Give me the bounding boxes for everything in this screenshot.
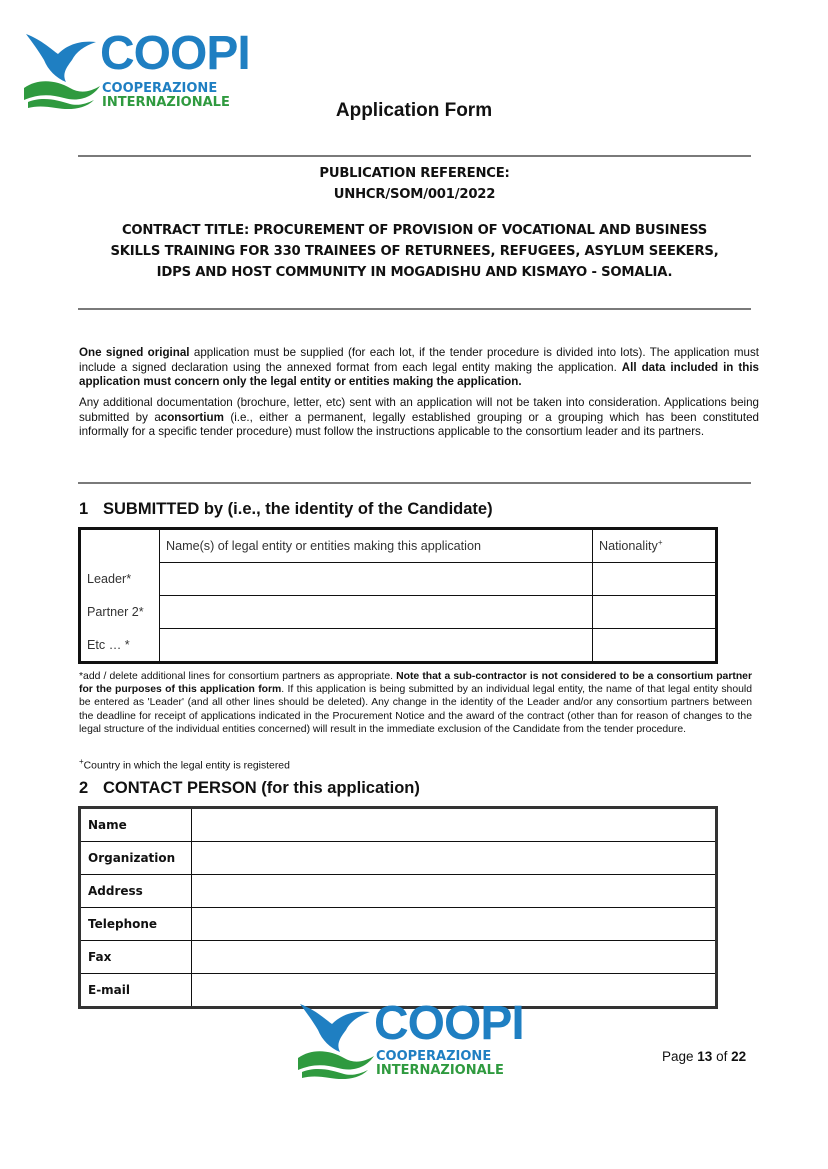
current-page: 13 xyxy=(697,1049,712,1064)
leader-name-field[interactable] xyxy=(160,563,593,596)
table-row: Name xyxy=(80,808,717,842)
total-pages: 22 xyxy=(731,1049,746,1064)
contact-fax-field[interactable] xyxy=(192,941,717,974)
logo-wordmark: COOPI xyxy=(100,26,250,81)
row-label-partner-2: Partner 2* xyxy=(80,596,160,629)
section2-number: 2 xyxy=(79,779,103,798)
contact-person-table: Name Organization Address Telephone Fax … xyxy=(78,806,718,1009)
table-header-nationality: Nationality+ xyxy=(593,529,717,563)
contact-address-field[interactable] xyxy=(192,875,717,908)
coopi-bird-wave-logo-icon xyxy=(22,30,102,110)
contact-telephone-label: Telephone xyxy=(80,908,192,941)
contact-email-label: E-mail xyxy=(80,974,192,1008)
intro-paragraph-1: One signed original application must be … xyxy=(79,346,759,390)
row-label-leader: Leader* xyxy=(80,563,160,596)
publication-reference: PUBLICATION REFERENCE: UNHCR/SOM/001/202… xyxy=(78,163,751,205)
divider-section xyxy=(78,482,751,484)
contact-name-field[interactable] xyxy=(192,808,717,842)
contact-fax-label: Fax xyxy=(80,941,192,974)
contract-title-line: IDPS AND HOST COMMUNITY IN MOGADISHU AND… xyxy=(78,262,751,283)
footnote-text-start: *add / delete additional lines for conso… xyxy=(79,671,396,682)
table-row: Organization xyxy=(80,842,717,875)
divider-mid xyxy=(78,308,751,310)
leader-nationality-field[interactable] xyxy=(593,563,717,596)
publication-reference-label: PUBLICATION REFERENCE: xyxy=(78,163,751,184)
coopi-bird-wave-logo-icon xyxy=(296,1000,376,1080)
table-header-empty xyxy=(80,529,160,563)
section2-title: CONTACT PERSON (for this application) xyxy=(103,779,420,797)
section2-heading: 2CONTACT PERSON (for this application) xyxy=(79,779,420,798)
intro-paragraph-2: Any additional documentation (brochure, … xyxy=(79,396,759,440)
table-row: Fax xyxy=(80,941,717,974)
contact-organization-label: Organization xyxy=(80,842,192,875)
page-number: Page 13 of 22 xyxy=(662,1049,746,1064)
table-header-row: Name(s) of legal entity or entities maki… xyxy=(80,529,717,563)
table-row: Address xyxy=(80,875,717,908)
logo-line1: COOPERAZIONE xyxy=(376,1050,504,1064)
table-row: Partner 2* xyxy=(80,596,717,629)
section1-footnote: *add / delete additional lines for conso… xyxy=(79,670,752,736)
coopi-logo-header: COOPI COOPERAZIONE INTERNAZIONALE xyxy=(22,30,237,110)
logo-subtitle: COOPERAZIONE INTERNAZIONALE xyxy=(376,1050,504,1077)
partner2-nationality-field[interactable] xyxy=(593,596,717,629)
contact-address-label: Address xyxy=(80,875,192,908)
coopi-logo-footer: COOPI COOPERAZIONE INTERNAZIONALE xyxy=(296,1000,511,1080)
publication-reference-value: UNHCR/SOM/001/2022 xyxy=(78,184,751,205)
page-title: Application Form xyxy=(0,100,828,122)
intro2-bold: consortium xyxy=(161,411,224,424)
submitted-by-table: Name(s) of legal entity or entities maki… xyxy=(78,527,718,664)
divider-top xyxy=(78,155,751,157)
table-header-name: Name(s) of legal entity or entities maki… xyxy=(160,529,593,563)
section1-title: SUBMITTED by (i.e., the identity of the … xyxy=(103,500,493,518)
logo-line2: INTERNAZIONALE xyxy=(376,1064,504,1078)
logo-line1: COOPERAZIONE xyxy=(102,82,230,96)
section1-number: 1 xyxy=(79,500,103,519)
page-label: Page xyxy=(662,1049,694,1064)
table-row: Telephone xyxy=(80,908,717,941)
contact-name-label: Name xyxy=(80,808,192,842)
row-label-etc: Etc … * xyxy=(80,629,160,663)
etc-nationality-field[interactable] xyxy=(593,629,717,663)
country-footnote-text: Country in which the legal entity is reg… xyxy=(84,760,290,771)
partner2-name-field[interactable] xyxy=(160,596,593,629)
contact-organization-field[interactable] xyxy=(192,842,717,875)
etc-name-field[interactable] xyxy=(160,629,593,663)
of-label: of xyxy=(716,1049,727,1064)
contract-title-line: CONTRACT TITLE: PROCUREMENT OF PROVISION… xyxy=(78,220,751,241)
contract-title: CONTRACT TITLE: PROCUREMENT OF PROVISION… xyxy=(78,220,751,283)
contact-telephone-field[interactable] xyxy=(192,908,717,941)
table-row: Etc … * xyxy=(80,629,717,663)
country-footnote: +Country in which the legal entity is re… xyxy=(79,755,752,773)
logo-wordmark: COOPI xyxy=(374,996,524,1051)
contract-title-line: SKILLS TRAINING FOR 330 TRAINEES OF RETU… xyxy=(78,241,751,262)
section1-heading: 1SUBMITTED by (i.e., the identity of the… xyxy=(79,500,493,519)
intro-bold-start: One signed original xyxy=(79,346,190,359)
table-row: Leader* xyxy=(80,563,717,596)
